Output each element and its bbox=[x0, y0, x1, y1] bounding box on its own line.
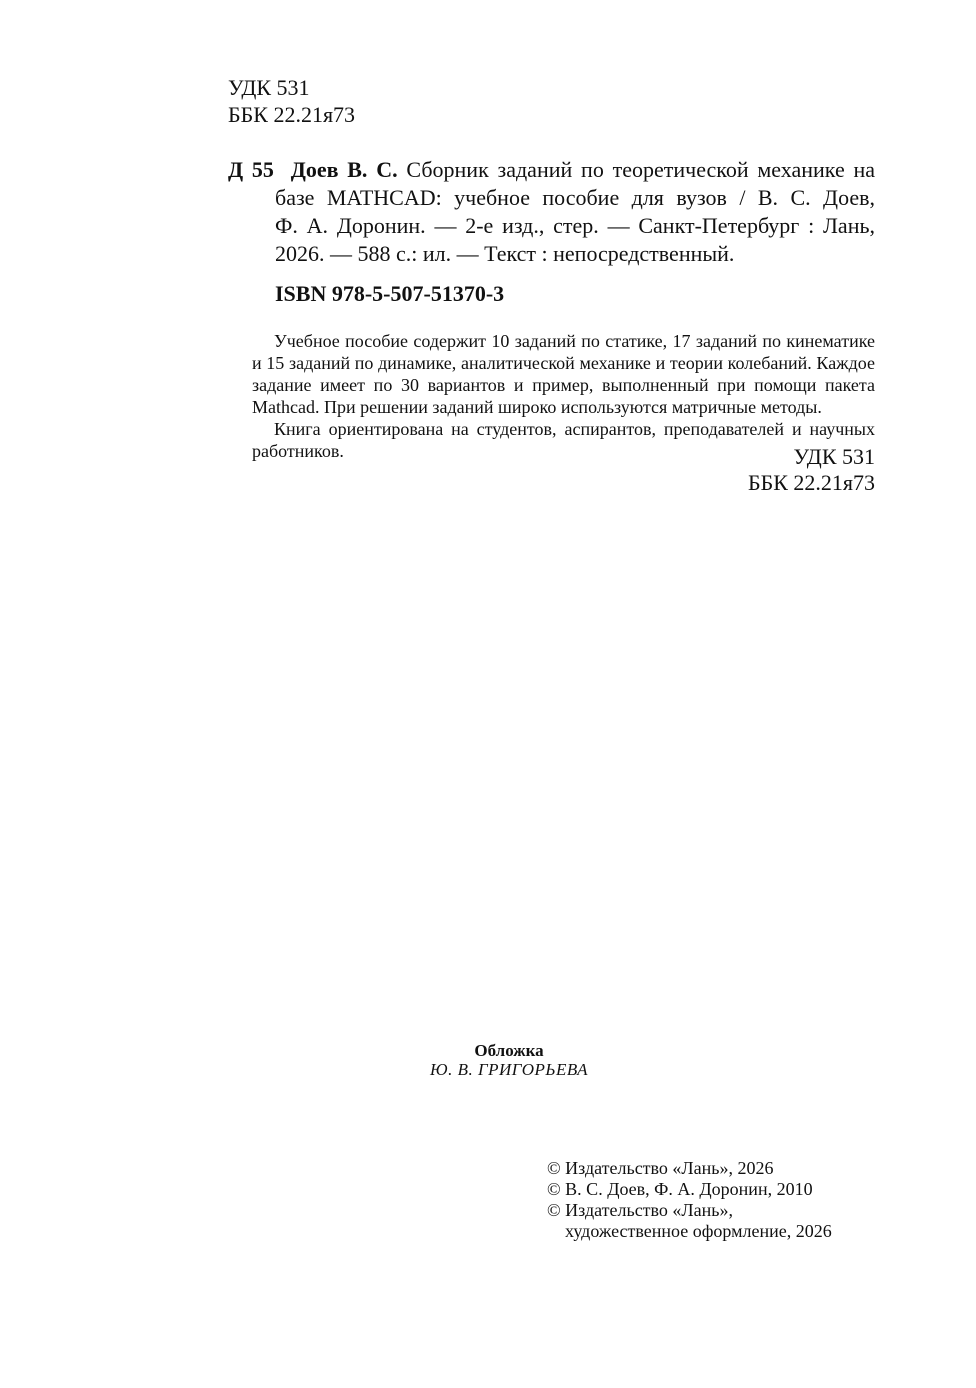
annotation-line: и 15 заданий по динамике, аналитической … bbox=[252, 352, 875, 374]
copyright-line: © Издательство «Лань», bbox=[547, 1200, 832, 1221]
citation-authors: Доев В. С. bbox=[291, 157, 398, 182]
citation-line-2: базе MATHCAD: учебное пособие для вузов … bbox=[228, 184, 875, 212]
udc-code-bottom: УДК 531 bbox=[228, 444, 875, 470]
classification-codes-top: УДК 531 ББК 22.21я73 bbox=[228, 74, 355, 128]
bbk-code-top: ББК 22.21я73 bbox=[228, 101, 355, 128]
copyright-line: © В. С. Доев, Ф. А. Доронин, 2010 bbox=[547, 1179, 832, 1200]
annotation-line: Книга ориентирована на студентов, аспира… bbox=[252, 418, 875, 440]
author-sign-label: Д 55 bbox=[228, 157, 274, 182]
classification-codes-bottom: УДК 531 ББК 22.21я73 bbox=[228, 444, 875, 496]
annotation-line: Mathcad. При решении заданий широко испо… bbox=[252, 396, 875, 418]
udc-code-top: УДК 531 bbox=[228, 74, 355, 101]
citation-line-4: 2026. — 588 с.: ил. — Текст : непосредст… bbox=[228, 240, 875, 268]
cover-credit-role: Обложка bbox=[143, 1041, 875, 1060]
book-imprint-page: УДК 531 ББК 22.21я73 Д 55 Доев В. С. Сбо… bbox=[0, 0, 976, 1388]
citation-title-text: Сборник заданий по теоретической механик… bbox=[406, 157, 875, 182]
annotation-line: задание имеет по 30 вариантов и пример, … bbox=[252, 374, 875, 396]
cover-credit-name: Ю. В. ГРИГОРЬЕВА bbox=[143, 1060, 875, 1079]
annotation-line: Учебное пособие содержит 10 заданий по с… bbox=[252, 330, 875, 352]
copyright-line-continuation: художественное оформление, 2026 bbox=[547, 1221, 832, 1242]
citation-line-1: Д 55 Доев В. С. Сборник заданий по теоре… bbox=[228, 156, 875, 184]
bbk-code-bottom: ББК 22.21я73 bbox=[228, 470, 875, 496]
bibliographic-record: Д 55 Доев В. С. Сборник заданий по теоре… bbox=[228, 156, 875, 268]
copyright-block: © Издательство «Лань», 2026 © В. С. Доев… bbox=[547, 1158, 832, 1242]
cover-credit: Обложка Ю. В. ГРИГОРЬЕВА bbox=[143, 1041, 875, 1079]
isbn-number: ISBN 978-5-507-51370-3 bbox=[275, 280, 504, 308]
annotation-block: Учебное пособие содержит 10 заданий по с… bbox=[252, 330, 875, 462]
citation-line-3: Ф. А. Доронин. — 2-е изд., стер. — Санкт… bbox=[228, 212, 875, 240]
copyright-line: © Издательство «Лань», 2026 bbox=[547, 1158, 832, 1179]
